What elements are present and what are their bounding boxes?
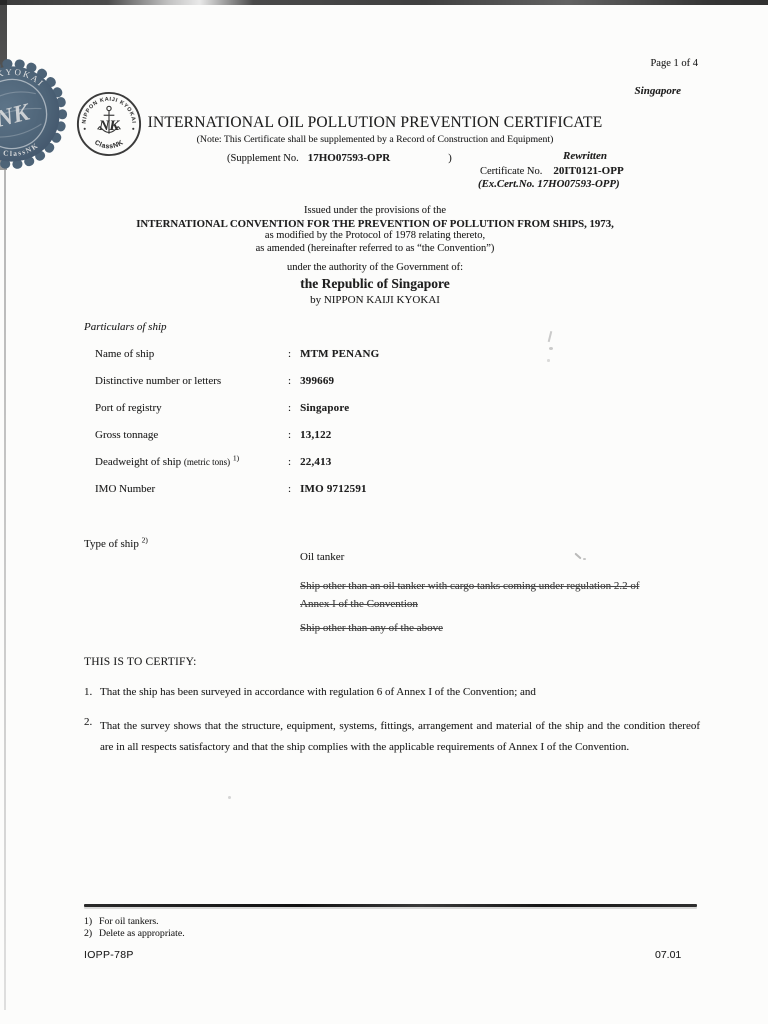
row-colon: : bbox=[288, 455, 291, 470]
issued-under-block: Issued under the provisions of the INTER… bbox=[60, 205, 690, 255]
pencil-mark-artifact bbox=[548, 331, 552, 342]
supplement-number: 17HO07593-OPR bbox=[308, 152, 391, 164]
ex-certificate-number: (Ex.Cert.No. 17HO07593-OPP) bbox=[478, 178, 620, 190]
row-colon: : bbox=[288, 482, 291, 497]
row-label: Gross tonnage bbox=[95, 428, 288, 443]
ship-name-value: MTM PENANG bbox=[300, 347, 379, 362]
pencil-mark-artifact bbox=[228, 796, 231, 799]
certify-heading: THIS IS TO CERTIFY: bbox=[84, 656, 197, 668]
footnote-ref-2: 2) bbox=[142, 535, 148, 544]
row-label: Name of ship bbox=[95, 347, 288, 362]
footnote-divider bbox=[84, 904, 697, 907]
type-option-struck-1: Ship other than an oil tanker with cargo… bbox=[300, 578, 652, 613]
footnote-number: 1) bbox=[84, 916, 99, 928]
row-label: Port of registry bbox=[95, 401, 288, 416]
type-of-ship-selected: Oil tanker bbox=[300, 551, 344, 563]
form-version: 07.01 bbox=[655, 949, 681, 961]
metric-tons-note: (metric tons) bbox=[184, 457, 230, 467]
distinctive-number-value: 399669 bbox=[300, 374, 334, 389]
row-label: Distinctive number or letters bbox=[95, 374, 288, 389]
particulars-row-imo: IMO Number : IMO 9712591 bbox=[95, 482, 665, 497]
row-colon: : bbox=[288, 347, 291, 362]
footnote-ref-1: 1) bbox=[233, 453, 239, 462]
port-of-registry-value: Singapore bbox=[300, 401, 349, 416]
issued-line-4: as amended (hereinafter referred to as “… bbox=[60, 243, 690, 256]
particulars-row-tonnage: Gross tonnage : 13,122 bbox=[95, 428, 665, 443]
supplement-label: (Supplement No. bbox=[227, 153, 299, 164]
certificate-number-label: Certificate No. bbox=[480, 166, 542, 177]
authority-block: under the authority of the Government of… bbox=[60, 262, 690, 306]
certify-item-1: 1. That the ship has been surveyed in ac… bbox=[84, 686, 700, 698]
particulars-table: Name of ship : MTM PENANG Distinctive nu… bbox=[95, 347, 665, 509]
footnotes: 1) For oil tankers. 2) Delete as appropr… bbox=[84, 916, 185, 940]
scan-edge-left-line bbox=[4, 165, 6, 1010]
row-label: Deadweight of ship (metric tons) 1) bbox=[95, 455, 288, 470]
certify-item-2: 2. That the survey shows that the struct… bbox=[84, 716, 700, 757]
item-text: That the survey shows that the structure… bbox=[100, 716, 700, 757]
rewritten-label: Rewritten bbox=[500, 150, 670, 162]
form-code: IOPP-78P bbox=[84, 949, 134, 961]
particulars-row-name: Name of ship : MTM PENANG bbox=[95, 347, 665, 362]
pencil-mark-artifact bbox=[574, 553, 581, 560]
certificate-number-line: Certificate No.20IT0121-OPP bbox=[480, 165, 624, 177]
convention-name: INTERNATIONAL CONVENTION FOR THE PREVENT… bbox=[60, 218, 690, 231]
row-colon: : bbox=[288, 428, 291, 443]
footnote-text: Delete as appropriate. bbox=[99, 928, 185, 940]
particulars-heading: Particulars of ship bbox=[84, 321, 167, 333]
issued-line-3: as modified by the Protocol of 1978 rela… bbox=[60, 230, 690, 243]
page-number: Page 1 of 4 bbox=[650, 58, 698, 69]
embossed-classnk-seal-icon: KAIJI KYOKAI ClassNK NK bbox=[0, 56, 68, 172]
item-number: 1. bbox=[84, 686, 100, 698]
issue-place: Singapore bbox=[635, 85, 681, 97]
particulars-row-deadweight: Deadweight of ship (metric tons) 1) : 22… bbox=[95, 455, 665, 470]
issuing-society: by NIPPON KAIJI KYOKAI bbox=[60, 294, 690, 306]
authority-line: under the authority of the Government of… bbox=[60, 262, 690, 273]
pencil-mark-artifact bbox=[583, 558, 586, 560]
footnote-number: 2) bbox=[84, 928, 99, 940]
government-name: the Republic of Singapore bbox=[60, 276, 690, 292]
footnote-text: For oil tankers. bbox=[99, 916, 159, 928]
supplement-close-paren: ) bbox=[448, 153, 452, 164]
certificate-page: KAIJI KYOKAI ClassNK NK NIPPON KAIJI KYO… bbox=[0, 0, 768, 1024]
footnote-2: 2) Delete as appropriate. bbox=[84, 928, 185, 940]
certificate-note: (Note: This Certificate shall be supplem… bbox=[60, 134, 690, 145]
scan-edge-top bbox=[0, 0, 768, 5]
footnote-1: 1) For oil tankers. bbox=[84, 916, 185, 928]
deadweight-value: 22,413 bbox=[300, 455, 331, 470]
supplement-number-line: (Supplement No.17HO07593-OPR) bbox=[227, 152, 452, 164]
row-label: IMO Number bbox=[95, 482, 288, 497]
type-option-struck-2: Ship other than any of the above bbox=[300, 622, 443, 634]
pencil-mark-artifact bbox=[549, 347, 553, 350]
item-text: That the ship has been surveyed in accor… bbox=[100, 686, 536, 698]
type-of-ship-label: Type of ship 2) bbox=[84, 538, 148, 550]
item-number: 2. bbox=[84, 716, 100, 757]
particulars-row-port: Port of registry : Singapore bbox=[95, 401, 665, 416]
pencil-mark-artifact bbox=[547, 359, 550, 362]
certificate-number: 20IT0121-OPP bbox=[553, 165, 623, 177]
imo-number-value: IMO 9712591 bbox=[300, 482, 367, 497]
row-colon: : bbox=[288, 374, 291, 389]
issued-line-1: Issued under the provisions of the bbox=[60, 205, 690, 218]
gross-tonnage-value: 13,122 bbox=[300, 428, 331, 443]
row-colon: : bbox=[288, 401, 291, 416]
particulars-row-distinctive: Distinctive number or letters : 399669 bbox=[95, 374, 665, 389]
certificate-title: INTERNATIONAL OIL POLLUTION PREVENTION C… bbox=[60, 114, 690, 132]
